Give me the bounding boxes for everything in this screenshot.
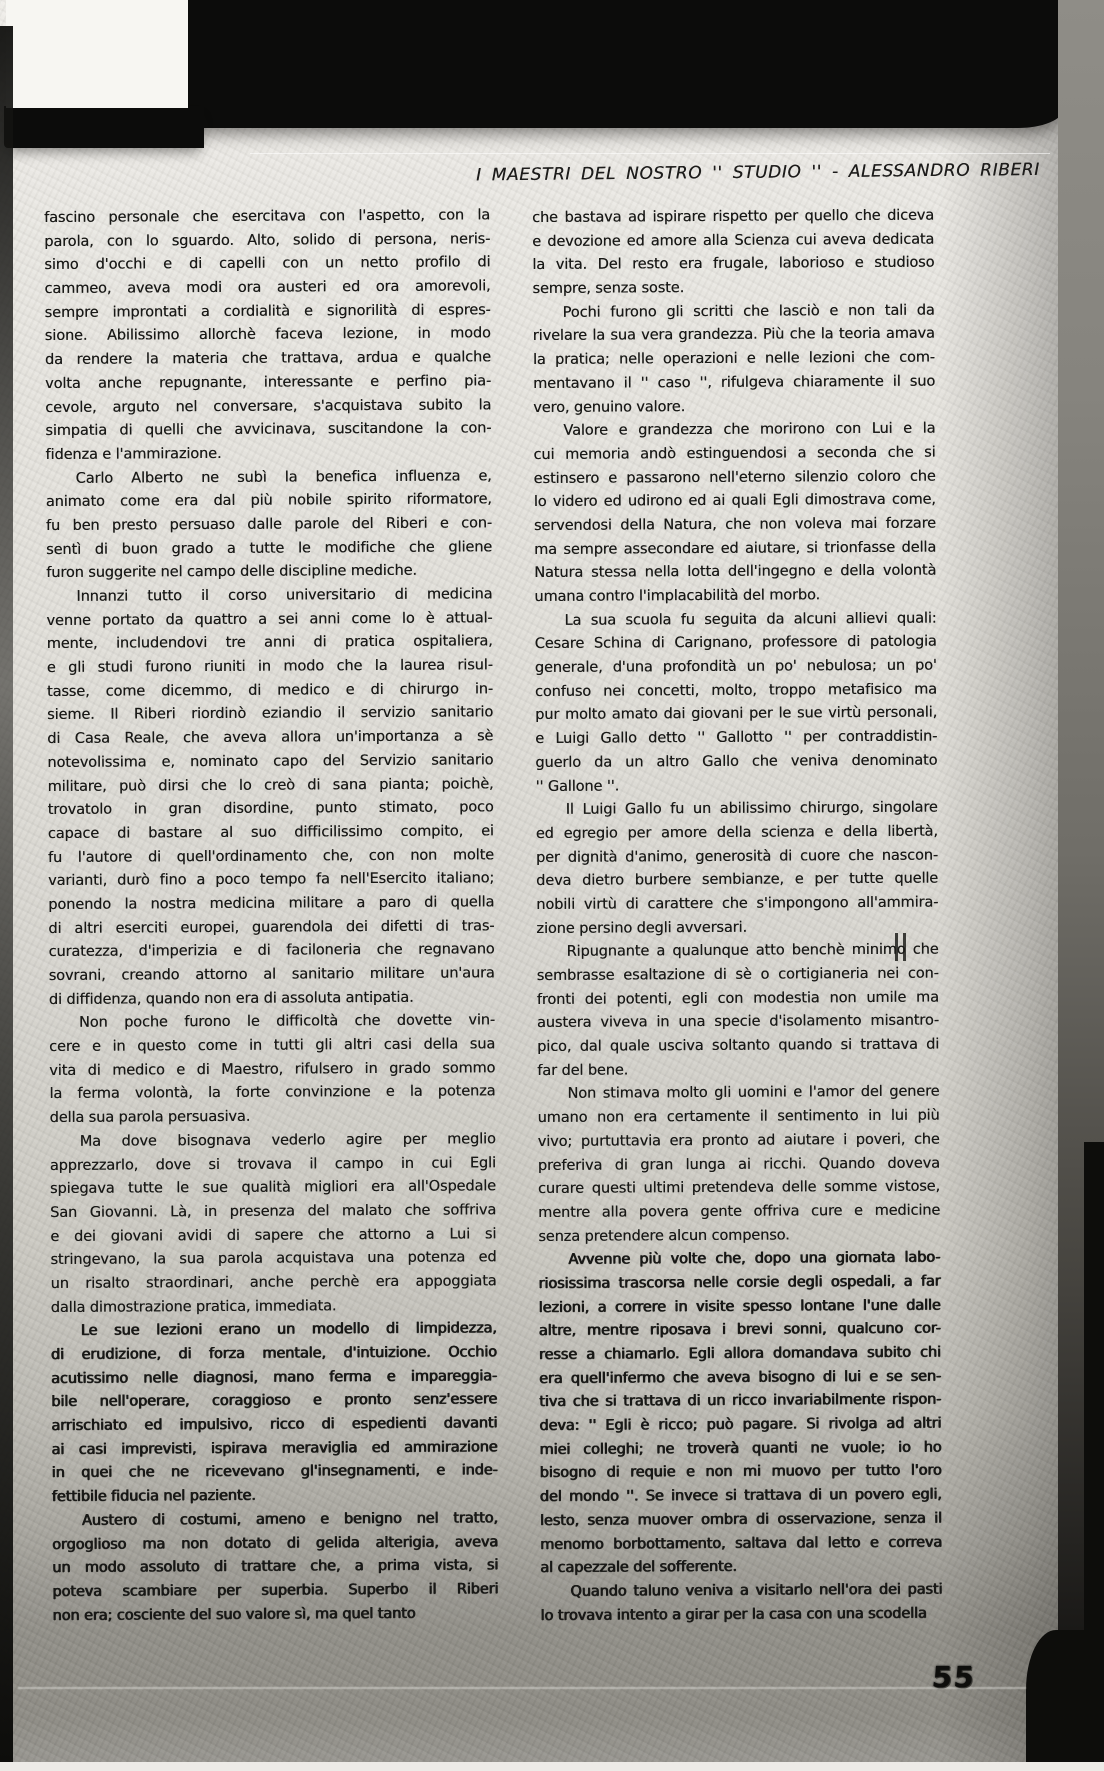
- text-line: di altri eserciti europei, guarendola de…: [48, 915, 494, 941]
- text-line: Pochi furono gli scritti che lasciò e no…: [533, 299, 935, 325]
- text-line: pico, dal quale usciva soltanto quando s…: [537, 1034, 939, 1060]
- scan-top-black-banner-left-tail: [4, 106, 204, 148]
- text-line: acutissimo nelle diagnosi, mano ferma e …: [51, 1365, 497, 1391]
- text-line: ed egregio per amore della scienza e del…: [536, 820, 938, 846]
- text-line: austera viveva in una specie d'isolament…: [537, 1010, 939, 1036]
- text-line: mente, includendovi tre anni di pratica …: [47, 631, 493, 657]
- text-line: tiva che si trattava di un ricco invaria…: [539, 1389, 941, 1415]
- text-line: generale, d'una profondità un po' nebulo…: [535, 655, 937, 681]
- scan-top-black-banner: [186, 0, 1064, 128]
- text-line: altre, mentre riposava i brevi sonni, qu…: [539, 1318, 941, 1344]
- text-line: un modo assoluto di trattare che, a prim…: [52, 1554, 498, 1580]
- text-line: fronti dei potenti, egli con modestia no…: [537, 986, 939, 1012]
- text-line: la ferma volontà, la forte convinzione e…: [49, 1081, 495, 1107]
- text-line: cammeo, aveva modi ora austeri ed ora am…: [44, 275, 490, 301]
- text-line: Il Luigi Gallo fu un abilissimo chirurgo…: [536, 797, 938, 823]
- text-line: mentavano il '' caso '', rifulgeva chiar…: [533, 370, 935, 396]
- text-line: sempre improntati a cordialità e signori…: [45, 299, 491, 325]
- text-line: '' Gallone ''.: [535, 773, 937, 799]
- text-line: resse a chiamarlo. Egli allora domandava…: [539, 1342, 941, 1368]
- text-column-left: fascino personale che esercitava con l'a…: [44, 204, 499, 1628]
- text-line: di erudizione, di forza mentale, d'intui…: [51, 1341, 497, 1367]
- text-column-right: che bastava ad ispirare rispetto per que…: [532, 205, 943, 1629]
- text-line: sieme. Il Riberi riordinò eziandio il se…: [47, 702, 493, 728]
- text-line: Non poche furono le difficoltà che dovet…: [49, 1010, 495, 1036]
- text-line: di diffidenza, quando non era di assolut…: [49, 986, 495, 1012]
- text-line: bisogno di requie e non mi muovo per tut…: [540, 1460, 942, 1486]
- text-line: La sua scuola fu seguita da alcuni allie…: [534, 607, 936, 633]
- text-line: cui memoria andò estinguendosi a seconda…: [533, 441, 935, 467]
- text-line: e devozione ed amore alla Scienza cui av…: [532, 228, 934, 254]
- text-line: del mondo ''. Se invece si trattava di u…: [540, 1484, 942, 1510]
- page-number: 55: [931, 1660, 977, 1694]
- running-header: I MAESTRI DEL NOSTRO '' STUDIO '' - ALES…: [476, 160, 1040, 185]
- text-line: la pratica; nelle operazioni e nelle lez…: [533, 347, 935, 373]
- text-line: Quando taluno veniva a visitarlo nell'or…: [540, 1578, 942, 1604]
- text-line: Austero di costumi, ameno e benigno nel …: [52, 1507, 498, 1533]
- text-line: in quei che ne ricevevano gl'insegnament…: [52, 1460, 498, 1486]
- text-line: San Giovanni. Là, in presenza del malato…: [50, 1199, 496, 1225]
- text-line: notevolissima e, nominato capo del Servi…: [47, 749, 493, 775]
- text-line: Ma dove bisognava vederlo agire per megl…: [50, 1128, 496, 1154]
- text-line: la vita. Del resto era frugale, laborios…: [532, 252, 934, 278]
- text-line: Natura stessa nella lotta dell'ingegno e…: [534, 560, 936, 586]
- text-line: bile nell'operare, coraggioso e pronto s…: [51, 1389, 497, 1415]
- text-line: Non stimava molto gli uomini e l'amor de…: [537, 1081, 939, 1107]
- scan-white-corner-block: [6, 0, 188, 108]
- text-line: fu l'autore di quell'ordinamento che, co…: [48, 844, 494, 870]
- text-line: orgoglioso ma non dotato di gelida alter…: [52, 1531, 498, 1557]
- text-line: rivelare la sua vera grandezza. Più che …: [533, 323, 935, 349]
- text-line: simpatia di quelli che avvicinava, susci…: [45, 417, 491, 443]
- text-line: simo d'occhi e di capelli con un netto p…: [44, 252, 490, 278]
- text-line: da rendere la materia che trattava, ardu…: [45, 346, 491, 372]
- text-line: zione persino degli avversari.: [536, 915, 938, 941]
- text-line: umano non era certamente il sentimento i…: [537, 1105, 939, 1131]
- text-line: sovrani, creando attorno al sanitario mi…: [49, 962, 495, 988]
- text-line: confuso nei concetti, molto, troppo meta…: [535, 678, 937, 704]
- text-line: Innanzi tutto il corso universitario di …: [46, 583, 492, 609]
- text-line: senza pretendere alcun compenso.: [538, 1223, 940, 1249]
- text-line: Cesare Schina di Carignano, professore d…: [535, 631, 937, 657]
- text-line: e dei giovani avidi di sapere che attorn…: [50, 1223, 496, 1249]
- text-line: poteva scambiare per superbia. Superbo i…: [52, 1578, 498, 1604]
- text-line: ma sempre assecondare ed aiutare, si tri…: [534, 536, 936, 562]
- text-line: volta anche repugnante, interessante e p…: [45, 370, 491, 396]
- scanned-magazine-page: I MAESTRI DEL NOSTRO '' STUDIO '' - ALES…: [0, 0, 1104, 1771]
- text-line: non era; cosciente del suo valore sì, ma…: [53, 1602, 499, 1628]
- text-line: furon suggerite nel campo delle discipli…: [46, 560, 492, 586]
- text-line: lo videro ed udirono ed ai quali Egli di…: [534, 489, 936, 515]
- text-line: menomo borbottamento, saltava dal letto …: [540, 1531, 942, 1557]
- text-line: cevole, arguto nel conversare, s'acquist…: [45, 394, 491, 420]
- text-line: cere e in questo come in tutti gli altri…: [49, 1033, 495, 1059]
- text-line: sione. Abilissimo allorchè faceva lezion…: [45, 323, 491, 349]
- text-line: tasse, come dicemmo, di medico e di chir…: [47, 678, 493, 704]
- text-line: vita di medico e di Maestro, rifulsero i…: [49, 1057, 495, 1083]
- text-line: fidenza e l'ammirazione.: [45, 441, 491, 467]
- text-line: deva dietro burbere sembianze, e per tut…: [536, 868, 938, 894]
- text-line: riosissima trascorsa nelle corsie degli …: [539, 1270, 941, 1296]
- text-line: servendosi della Natura, che non voleva …: [534, 512, 936, 538]
- text-line: dalla dimostrazione pratica, immediata.: [51, 1294, 497, 1320]
- text-line: sempre, senza soste.: [532, 276, 934, 302]
- text-line: fu ben presto persuaso dalle parole del …: [46, 512, 492, 538]
- text-line: nobili virtù di carattere che s'impongon…: [536, 891, 938, 917]
- text-line: curatezza, d'imperizia e di faciloneria …: [48, 939, 494, 965]
- text-line: lezioni, a correre in visite spesso lont…: [539, 1294, 941, 1320]
- text-line: lo trovava intento a girar per la casa c…: [541, 1602, 943, 1628]
- text-line: ai casi imprevisti, ispirava meraviglia …: [52, 1436, 498, 1462]
- text-line: Carlo Alberto ne subì la benefica influe…: [46, 465, 492, 491]
- text-line: di Casa Reale, che aveva allora un'impor…: [47, 725, 493, 751]
- text-line: apprezzarlo, dove si trovava il campo in…: [50, 1152, 496, 1178]
- text-line: umana contro l'implacabilità del morbo.: [534, 584, 936, 610]
- text-line: sentì di buon grado a tutte le modifiche…: [46, 536, 492, 562]
- text-line: Avvenne più volte che, dopo una giornata…: [538, 1247, 940, 1273]
- text-line: vero, genuino valore.: [533, 394, 935, 420]
- text-line: guerlo da un altro Gallo che veniva deno…: [535, 749, 937, 775]
- text-line: preferiva di gran lunga ai ricchi. Quand…: [538, 1152, 940, 1178]
- text-line: Le sue lezioni erano un modello di limpi…: [51, 1318, 497, 1344]
- text-line: curare questi ultimi pretendeva delle so…: [538, 1176, 940, 1202]
- text-line: fettibile fiducia nel paziente.: [52, 1483, 498, 1509]
- text-line: estinsero e passarono nell'eterno silenz…: [534, 465, 936, 491]
- scan-bottom-right-corner-shadow: [1026, 1630, 1104, 1762]
- text-line: stringevano, la sua parola acquistava un…: [50, 1247, 496, 1273]
- text-line: animato come era dal più nobile spirito …: [46, 489, 492, 515]
- text-line: far del bene.: [537, 1057, 939, 1083]
- text-line: parola, con lo sguardo. Alto, solido di …: [44, 228, 490, 254]
- text-line: per dignità d'animo, generosità di cuore…: [536, 844, 938, 870]
- text-line: spiegava tutte le sue qualità migliori e…: [50, 1175, 496, 1201]
- text-line: Valore e grandezza che morirono con Lui …: [533, 418, 935, 444]
- text-line: capace di bastare al suo difficilissimo …: [48, 820, 494, 846]
- text-line: e Luigi Gallo detto '' Gallotto '' per c…: [535, 726, 937, 752]
- text-line: pur molto amato dai giovani per le sue v…: [535, 702, 937, 728]
- text-line: ponendo la nostra medicina militare a pa…: [48, 891, 494, 917]
- text-line: e gli studi furono riuniti in modo che l…: [47, 654, 493, 680]
- text-line: fascino personale che esercitava con l'a…: [44, 204, 490, 230]
- text-line: sembrasse esaltazione di sè o cortigiane…: [537, 963, 939, 989]
- text-line: arrischiato ed impulsivo, ricco di esped…: [51, 1412, 497, 1438]
- text-line: varianti, durò fino a poco tempo fa nell…: [48, 868, 494, 894]
- text-line: della sua parola persuasiva.: [49, 1104, 495, 1130]
- text-line: trovatolo in gran disordine, punto stima…: [48, 796, 494, 822]
- text-line: venne portato da quattro a sei anni come…: [46, 607, 492, 633]
- text-line: era quell'infermo che aveva bisogno di l…: [539, 1365, 941, 1391]
- text-line: deva: '' Egli è ricco; può pagare. Si ri…: [539, 1413, 941, 1439]
- text-line: miei colleghi; ne troverà quanti ne vuol…: [540, 1436, 942, 1462]
- text-line: al capezzale del sofferente.: [540, 1555, 942, 1581]
- text-line: vivo; purtuttavia era pronto ad aiutare …: [538, 1128, 940, 1154]
- text-line: che bastava ad ispirare rispetto per que…: [532, 205, 934, 231]
- text-line: militare, può dirsi che lo creò di sana …: [47, 773, 493, 799]
- text-line: lesto, senza muover ombra di osservazion…: [540, 1507, 942, 1533]
- text-line: mentre alla povera gente offriva cure e …: [538, 1199, 940, 1225]
- text-line: Ripugnante a qualunque atto benchè minim…: [536, 939, 938, 965]
- scan-hairline: [250, 153, 1050, 154]
- scan-left-edge-shadow: [0, 26, 13, 1762]
- text-line: un risalto straordinari, anche perchè er…: [51, 1270, 497, 1296]
- scan-bottom-light-strip: [0, 1762, 1104, 1771]
- scan-scratch-line: [18, 1687, 1026, 1689]
